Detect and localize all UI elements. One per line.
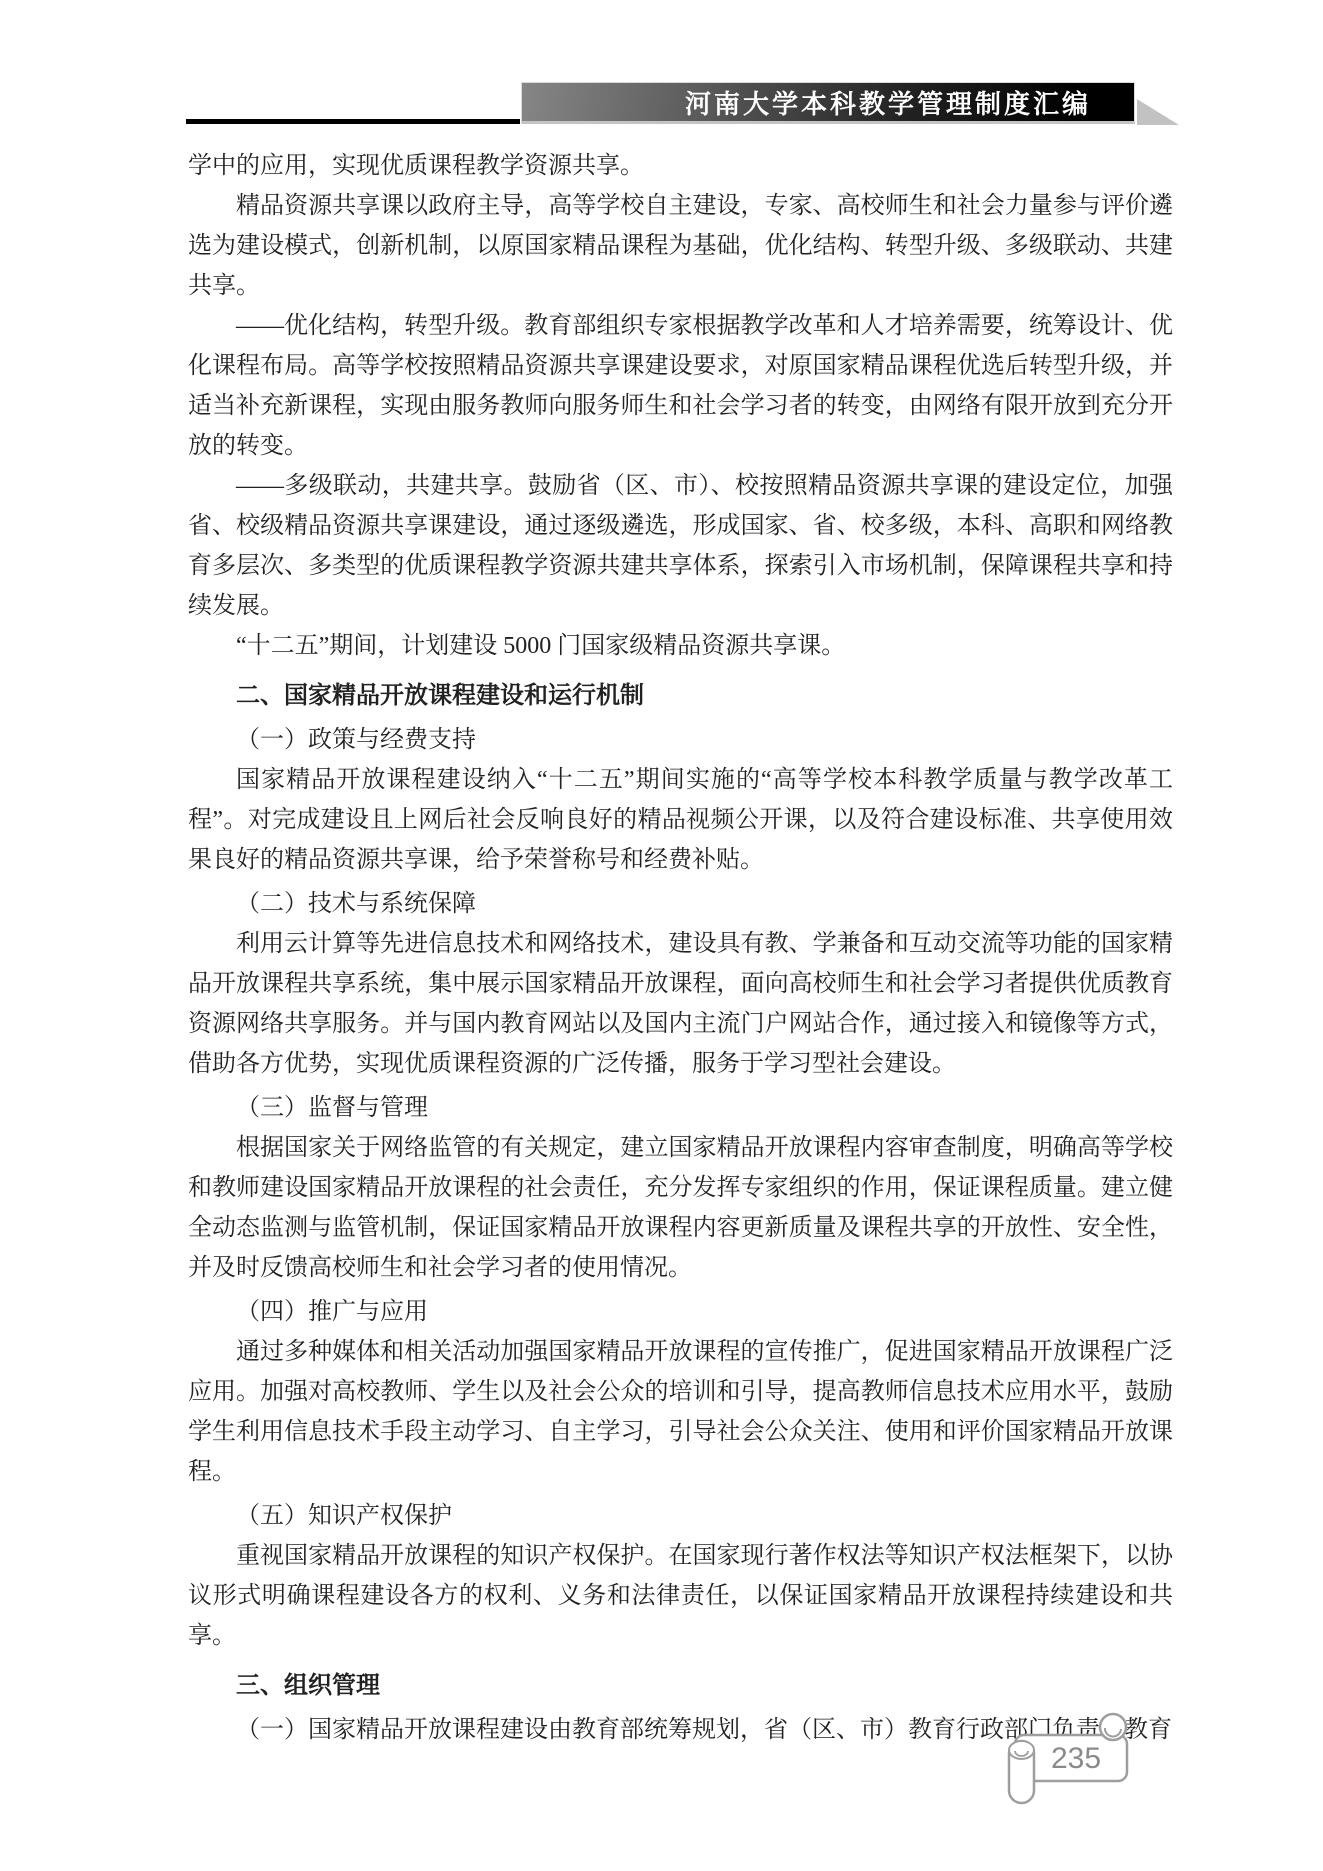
paragraph: 重视国家精品开放课程的知识产权保护。在国家现行著作权法等知识产权法框架下，以协议…: [188, 1536, 1173, 1656]
section-heading: 三、组织管理: [188, 1666, 1173, 1706]
paragraph: 精品资源共享课以政府主导，高等学校自主建设，专家、高校师生和社会力量参与评价遴选…: [188, 186, 1173, 306]
page-number: 235: [1051, 1742, 1101, 1775]
subsection-heading: （三）监督与管理: [188, 1088, 1173, 1128]
scroll-icon: 235: [1002, 1708, 1140, 1810]
section-heading: 二、国家精品开放课程建设和运行机制: [188, 676, 1173, 716]
paragraph: “十二五”期间，计划建设 5000 门国家级精品资源共享课。: [188, 626, 1173, 666]
paragraph: 利用云计算等先进信息技术和网络技术，建设具有教、学兼备和互动交流等功能的国家精品…: [188, 924, 1173, 1084]
paragraph: 学中的应用，实现优质课程教学资源共享。: [188, 146, 1173, 186]
document-page: 河南大学本科教学管理制度汇编 学中的应用，实现优质课程教学资源共享。精品资源共享…: [0, 0, 1323, 1871]
paragraph: ——优化结构，转型升级。教育部组织专家根据教学改革和人才培养需要，统筹设计、优化…: [188, 306, 1173, 466]
paragraph: 国家精品开放课程建设纳入“十二五”期间实施的“高等学校本科教学质量与教学改革工程…: [188, 760, 1173, 880]
banner-arrow-icon: [1137, 99, 1179, 125]
subsection-heading: （一）政策与经费支持: [188, 720, 1173, 760]
document-body: 学中的应用，实现优质课程教学资源共享。精品资源共享课以政府主导，高等学校自主建设…: [188, 146, 1173, 1750]
banner-title: 河南大学本科教学管理制度汇编: [565, 84, 1091, 121]
paragraph: 通过多种媒体和相关活动加强国家精品开放课程的宣传推广，促进国家精品开放课程广泛应…: [188, 1332, 1173, 1492]
paragraph: ——多级联动，共建共享。鼓励省（区、市）、校按照精品资源共享课的建设定位，加强省…: [188, 466, 1173, 626]
header-banner: 河南大学本科教学管理制度汇编: [521, 82, 1135, 124]
paragraph: 根据国家关于网络监管的有关规定，建立国家精品开放课程内容审查制度，明确高等学校和…: [188, 1128, 1173, 1288]
subsection-heading: （五）知识产权保护: [188, 1496, 1173, 1536]
subsection-heading: （二）技术与系统保障: [188, 884, 1173, 924]
subsection-heading: （四）推广与应用: [188, 1292, 1173, 1332]
page-number-scroll: 235: [1002, 1708, 1140, 1810]
